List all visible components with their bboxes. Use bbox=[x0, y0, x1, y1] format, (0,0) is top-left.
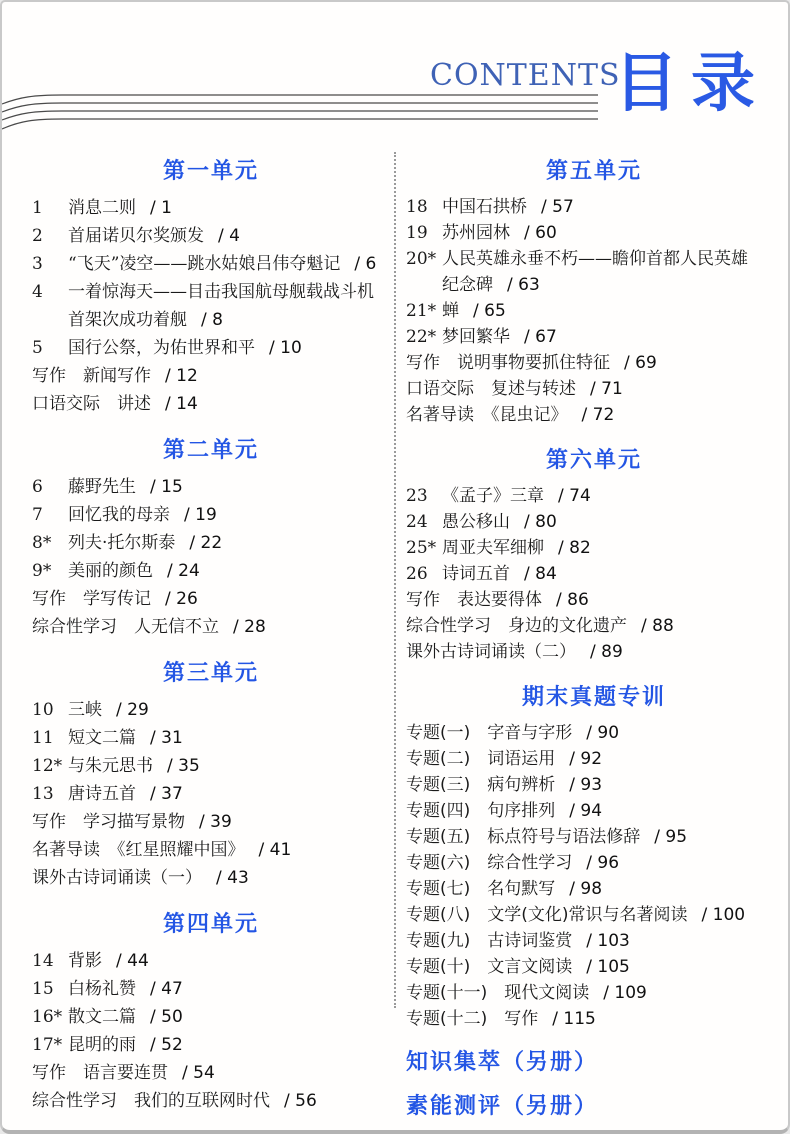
lesson-number: 12* bbox=[32, 752, 68, 780]
page-number: / 63 bbox=[507, 272, 540, 298]
page-number: / 24 bbox=[167, 557, 200, 585]
page-number: / 100 bbox=[702, 902, 746, 928]
page-number: / 28 bbox=[233, 613, 266, 641]
entry-title: 写作 新闻写作 bbox=[32, 362, 151, 390]
page-number: / 72 bbox=[582, 402, 615, 428]
toc-entry: 专题(四) 句序排列/ 94 bbox=[406, 798, 782, 824]
page-number: / 54 bbox=[182, 1059, 215, 1087]
toc-entry: 写作 表达要得体/ 86 bbox=[406, 587, 782, 613]
entry-title: 写作 学习描写景物 bbox=[32, 808, 185, 836]
toc-entry: 课外古诗词诵读（一）/ 43 bbox=[32, 864, 390, 892]
page-number: / 65 bbox=[473, 298, 506, 324]
toc-entry: 8*列夫·托尔斯泰/ 22 bbox=[32, 529, 390, 557]
entry-title: 昆明的雨 bbox=[68, 1031, 136, 1059]
page-number: / 1 bbox=[150, 194, 172, 222]
entry-title: 国行公祭，为佑世界和平 bbox=[68, 334, 255, 362]
toc-entry: 1消息二则/ 1 bbox=[32, 194, 390, 222]
toc-entry: 专题(五) 标点符号与语法修辞/ 95 bbox=[406, 824, 782, 850]
entry-title: 白杨礼赞 bbox=[68, 975, 136, 1003]
lesson-number: 26 bbox=[406, 561, 442, 587]
page-number: / 96 bbox=[586, 850, 619, 876]
toc-entry: 综合性学习 身边的文化遗产/ 88 bbox=[406, 613, 782, 639]
lesson-number: 11 bbox=[32, 724, 68, 752]
page-number: / 105 bbox=[586, 954, 630, 980]
entry-title: 课外古诗词诵读（二） bbox=[406, 639, 576, 665]
entry-title: 诗词五首 bbox=[442, 561, 510, 587]
decorative-lines bbox=[2, 88, 598, 136]
page-number: / 52 bbox=[150, 1031, 183, 1059]
toc-entry: 专题(七) 名句默写/ 98 bbox=[406, 876, 782, 902]
page-number: / 8 bbox=[201, 306, 223, 334]
toc-entry: 16*散文二篇/ 50 bbox=[32, 1003, 390, 1031]
page-number: / 39 bbox=[199, 808, 232, 836]
page-number: / 37 bbox=[150, 780, 183, 808]
entry-title: 纪念碑 bbox=[442, 272, 493, 298]
toc-entry: 11短文二篇/ 31 bbox=[32, 724, 390, 752]
toc-entry: 17*昆明的雨/ 52 bbox=[32, 1031, 390, 1059]
section-heading: 期末真题专训 bbox=[406, 680, 782, 711]
page-number: / 103 bbox=[586, 928, 630, 954]
toc-entry: 2首届诺贝尔奖颁发/ 4 bbox=[32, 222, 390, 250]
booklet-link: 素能测评（另册） bbox=[406, 1092, 782, 1120]
toc-entry: 4一着惊海天——目击我国航母舰载战斗机 bbox=[32, 278, 390, 306]
lesson-number: 1 bbox=[32, 194, 68, 222]
entry-title: 综合性学习 我们的互联网时代 bbox=[32, 1087, 270, 1115]
toc-entry: 写作 学写传记/ 26 bbox=[32, 585, 390, 613]
entry-title: 写作 学写传记 bbox=[32, 585, 151, 613]
page-number: / 109 bbox=[603, 980, 647, 1006]
toc-entry: 综合性学习 我们的互联网时代/ 56 bbox=[32, 1087, 390, 1115]
entry-title: 中国石拱桥 bbox=[442, 194, 527, 220]
entry-title: 美丽的颜色 bbox=[68, 557, 153, 585]
entry-title: 专题(五) 标点符号与语法修辞 bbox=[406, 824, 640, 850]
page-number: / 74 bbox=[558, 483, 591, 509]
page-number: / 90 bbox=[586, 720, 619, 746]
lesson-number: 19 bbox=[406, 220, 442, 246]
entry-title: 综合性学习 人无信不立 bbox=[32, 613, 219, 641]
page-number: / 4 bbox=[218, 222, 240, 250]
page-title: 目录 bbox=[614, 48, 768, 120]
page-number: / 35 bbox=[167, 752, 200, 780]
entry-title: 专题(十二) 写作 bbox=[406, 1006, 538, 1032]
page-number: / 12 bbox=[165, 362, 198, 390]
lesson-number: 24 bbox=[406, 509, 442, 535]
toc-entry: 名著导读 《红星照耀中国》/ 41 bbox=[32, 836, 390, 864]
entry-title: 写作 语言要连贯 bbox=[32, 1059, 168, 1087]
entry-title: 口语交际 复述与转述 bbox=[406, 376, 576, 402]
toc-entry: 综合性学习 人无信不立/ 28 bbox=[32, 613, 390, 641]
entry-title: 梦回繁华 bbox=[442, 324, 510, 350]
page-number: / 92 bbox=[569, 746, 602, 772]
toc-entry: 首架次成功着舰/ 8 bbox=[32, 306, 390, 334]
page-number: / 31 bbox=[150, 724, 183, 752]
entry-title: 与朱元思书 bbox=[68, 752, 153, 780]
entry-title: 名著导读 《昆虫记》 bbox=[406, 402, 568, 428]
page-number: / 26 bbox=[165, 585, 198, 613]
entry-title: 专题(一) 字音与字形 bbox=[406, 720, 572, 746]
toc-entry: 专题(二) 词语运用/ 92 bbox=[406, 746, 782, 772]
entry-title: 写作 说明事物要抓住特征 bbox=[406, 350, 610, 376]
toc-entry: 14背影/ 44 bbox=[32, 947, 390, 975]
section-heading: 第五单元 bbox=[406, 154, 782, 185]
toc-entry: 10三峡/ 29 bbox=[32, 696, 390, 724]
toc-entry: 24愚公移山/ 80 bbox=[406, 509, 782, 535]
page-number: / 15 bbox=[150, 473, 183, 501]
entry-title: 散文二篇 bbox=[68, 1003, 136, 1031]
left-column: 第一单元1消息二则/ 12首届诺贝尔奖颁发/ 43“飞天”凌空——跳水姑娘吕伟夺… bbox=[32, 152, 390, 1115]
page-number: / 82 bbox=[558, 535, 591, 561]
toc-entry: 15白杨礼赞/ 47 bbox=[32, 975, 390, 1003]
toc-entry: 写作 说明事物要抓住特征/ 69 bbox=[406, 350, 782, 376]
lesson-number: 20* bbox=[406, 246, 442, 272]
page-number: / 98 bbox=[569, 876, 602, 902]
lesson-number: 7 bbox=[32, 501, 68, 529]
toc-entry: 专题(三) 病句辨析/ 93 bbox=[406, 772, 782, 798]
toc-entry: 3“飞天”凌空——跳水姑娘吕伟夺魁记/ 6 bbox=[32, 250, 390, 278]
toc-entry: 名著导读 《昆虫记》/ 72 bbox=[406, 402, 782, 428]
toc-entry: 专题(十) 文言文阅读/ 105 bbox=[406, 954, 782, 980]
page-number: / 57 bbox=[541, 194, 574, 220]
booklet-link: 知识集萃（另册） bbox=[406, 1048, 782, 1076]
section-heading: 第二单元 bbox=[32, 433, 390, 464]
lesson-number: 14 bbox=[32, 947, 68, 975]
page-number: / 22 bbox=[189, 529, 222, 557]
page-number: / 115 bbox=[552, 1006, 596, 1032]
page-number: / 89 bbox=[590, 639, 623, 665]
page-number: / 10 bbox=[269, 334, 302, 362]
toc-entry: 专题(八) 文学(文化)常识与名著阅读/ 100 bbox=[406, 902, 782, 928]
right-column: 第五单元18中国石拱桥/ 5719苏州园林/ 6020*人民英雄永垂不朽——瞻仰… bbox=[406, 152, 782, 1120]
entry-title: 专题(二) 词语运用 bbox=[406, 746, 555, 772]
entry-title: 综合性学习 身边的文化遗产 bbox=[406, 613, 627, 639]
entry-title: 专题(十) 文言文阅读 bbox=[406, 954, 572, 980]
lesson-number: 6 bbox=[32, 473, 68, 501]
lesson-number: 16* bbox=[32, 1003, 68, 1031]
toc-entry: 写作 语言要连贯/ 54 bbox=[32, 1059, 390, 1087]
section-heading: 第三单元 bbox=[32, 656, 390, 687]
entry-title: 专题(六) 综合性学习 bbox=[406, 850, 572, 876]
toc-entry: 专题(六) 综合性学习/ 96 bbox=[406, 850, 782, 876]
entry-title: 口语交际 讲述 bbox=[32, 390, 151, 418]
page-number: / 88 bbox=[641, 613, 674, 639]
lesson-number: 2 bbox=[32, 222, 68, 250]
lesson-number: 4 bbox=[32, 278, 68, 306]
page-number: / 43 bbox=[216, 864, 249, 892]
entry-title: 首架次成功着舰 bbox=[68, 306, 187, 334]
entry-title: 苏州园林 bbox=[442, 220, 510, 246]
lesson-number: 3 bbox=[32, 250, 68, 278]
toc-entry: 9*美丽的颜色/ 24 bbox=[32, 557, 390, 585]
entry-title: 专题(四) 句序排列 bbox=[406, 798, 555, 824]
entry-title: “飞天”凌空——跳水姑娘吕伟夺魁记 bbox=[68, 250, 340, 278]
entry-title: 一着惊海天——目击我国航母舰载战斗机 bbox=[68, 278, 374, 306]
entry-title: 藤野先生 bbox=[68, 473, 136, 501]
section-heading: 第四单元 bbox=[32, 907, 390, 938]
toc-entry: 专题(十一) 现代文阅读/ 109 bbox=[406, 980, 782, 1006]
page-number: / 67 bbox=[524, 324, 557, 350]
lesson-number: 15 bbox=[32, 975, 68, 1003]
lesson-number: 10 bbox=[32, 696, 68, 724]
lesson-number: 25* bbox=[406, 535, 442, 561]
toc-entry: 专题(九) 古诗词鉴赏/ 103 bbox=[406, 928, 782, 954]
toc-entry: 专题(十二) 写作/ 115 bbox=[406, 1006, 782, 1032]
page-number: / 47 bbox=[150, 975, 183, 1003]
page-number: / 86 bbox=[556, 587, 589, 613]
entry-title: 写作 表达要得体 bbox=[406, 587, 542, 613]
lesson-number: 17* bbox=[32, 1031, 68, 1059]
page-number: / 56 bbox=[284, 1087, 317, 1115]
entry-title: 首届诺贝尔奖颁发 bbox=[68, 222, 204, 250]
page-number: / 71 bbox=[590, 376, 623, 402]
lesson-number: 5 bbox=[32, 334, 68, 362]
entry-title: 专题(三) 病句辨析 bbox=[406, 772, 555, 798]
entry-title: 课外古诗词诵读（一） bbox=[32, 864, 202, 892]
entry-title: 蝉 bbox=[442, 298, 459, 324]
lesson-number: 13 bbox=[32, 780, 68, 808]
toc-entry: 纪念碑/ 63 bbox=[406, 272, 782, 298]
toc-entry: 写作 学习描写景物/ 39 bbox=[32, 808, 390, 836]
lesson-number: 23 bbox=[406, 483, 442, 509]
entry-title: 人民英雄永垂不朽——瞻仰首都人民英雄 bbox=[442, 246, 748, 272]
page-number: / 93 bbox=[569, 772, 602, 798]
toc-entry: 25*周亚夫军细柳/ 82 bbox=[406, 535, 782, 561]
section-heading: 第六单元 bbox=[406, 443, 782, 474]
page-number: / 41 bbox=[259, 836, 292, 864]
toc-entry: 18中国石拱桥/ 57 bbox=[406, 194, 782, 220]
toc-entry: 6藤野先生/ 15 bbox=[32, 473, 390, 501]
page-number: / 29 bbox=[116, 696, 149, 724]
page-number: / 84 bbox=[524, 561, 557, 587]
lesson-number: 9* bbox=[32, 557, 68, 585]
entry-title: 回忆我的母亲 bbox=[68, 501, 170, 529]
page-number: / 94 bbox=[569, 798, 602, 824]
entry-title: 愚公移山 bbox=[442, 509, 510, 535]
toc-entry: 12*与朱元思书/ 35 bbox=[32, 752, 390, 780]
toc-entry: 23《孟子》三章/ 74 bbox=[406, 483, 782, 509]
lesson-number: 21* bbox=[406, 298, 442, 324]
toc-entry: 7回忆我的母亲/ 19 bbox=[32, 501, 390, 529]
lesson-number: 22* bbox=[406, 324, 442, 350]
page-number: / 44 bbox=[116, 947, 149, 975]
entry-title: 背影 bbox=[68, 947, 102, 975]
lesson-number: 18 bbox=[406, 194, 442, 220]
entry-title: 专题(八) 文学(文化)常识与名著阅读 bbox=[406, 902, 688, 928]
toc-entry: 26诗词五首/ 84 bbox=[406, 561, 782, 587]
toc-entry: 5国行公祭，为佑世界和平/ 10 bbox=[32, 334, 390, 362]
toc-entry: 22*梦回繁华/ 67 bbox=[406, 324, 782, 350]
page-number: / 50 bbox=[150, 1003, 183, 1031]
toc-entry: 20*人民英雄永垂不朽——瞻仰首都人民英雄 bbox=[406, 246, 782, 272]
entry-title: 三峡 bbox=[68, 696, 102, 724]
page-number: / 80 bbox=[524, 509, 557, 535]
column-divider bbox=[394, 152, 396, 1008]
page-number: / 6 bbox=[354, 250, 376, 278]
page-number: / 14 bbox=[165, 390, 198, 418]
page-number: / 95 bbox=[654, 824, 687, 850]
toc-entry: 写作 新闻写作/ 12 bbox=[32, 362, 390, 390]
page-number: / 60 bbox=[524, 220, 557, 246]
entry-title: 唐诗五首 bbox=[68, 780, 136, 808]
section-heading: 第一单元 bbox=[32, 154, 390, 185]
toc-entry: 13唐诗五首/ 37 bbox=[32, 780, 390, 808]
entry-title: 名著导读 《红星照耀中国》 bbox=[32, 836, 245, 864]
toc-entry: 21*蝉/ 65 bbox=[406, 298, 782, 324]
toc-entry: 19苏州园林/ 60 bbox=[406, 220, 782, 246]
page-number: / 19 bbox=[184, 501, 217, 529]
toc-entry: 口语交际 复述与转述/ 71 bbox=[406, 376, 782, 402]
entry-title: 短文二篇 bbox=[68, 724, 136, 752]
contents-heading: CONTENTS bbox=[430, 58, 610, 93]
page-number: / 69 bbox=[624, 350, 657, 376]
toc-entry: 口语交际 讲述/ 14 bbox=[32, 390, 390, 418]
toc-page: CONTENTS 目录 第一单元1消息二则/ 12首届诺贝尔奖颁发/ 43“飞天… bbox=[0, 0, 790, 1134]
lesson-number: 8* bbox=[32, 529, 68, 557]
toc-entry: 课外古诗词诵读（二）/ 89 bbox=[406, 639, 782, 665]
entry-title: 专题(七) 名句默写 bbox=[406, 876, 555, 902]
entry-title: 周亚夫军细柳 bbox=[442, 535, 544, 561]
entry-title: 列夫·托尔斯泰 bbox=[68, 529, 175, 557]
entry-title: 《孟子》三章 bbox=[442, 483, 544, 509]
entry-title: 专题(九) 古诗词鉴赏 bbox=[406, 928, 572, 954]
entry-title: 消息二则 bbox=[68, 194, 136, 222]
toc-entry: 专题(一) 字音与字形/ 90 bbox=[406, 720, 782, 746]
entry-title: 专题(十一) 现代文阅读 bbox=[406, 980, 589, 1006]
